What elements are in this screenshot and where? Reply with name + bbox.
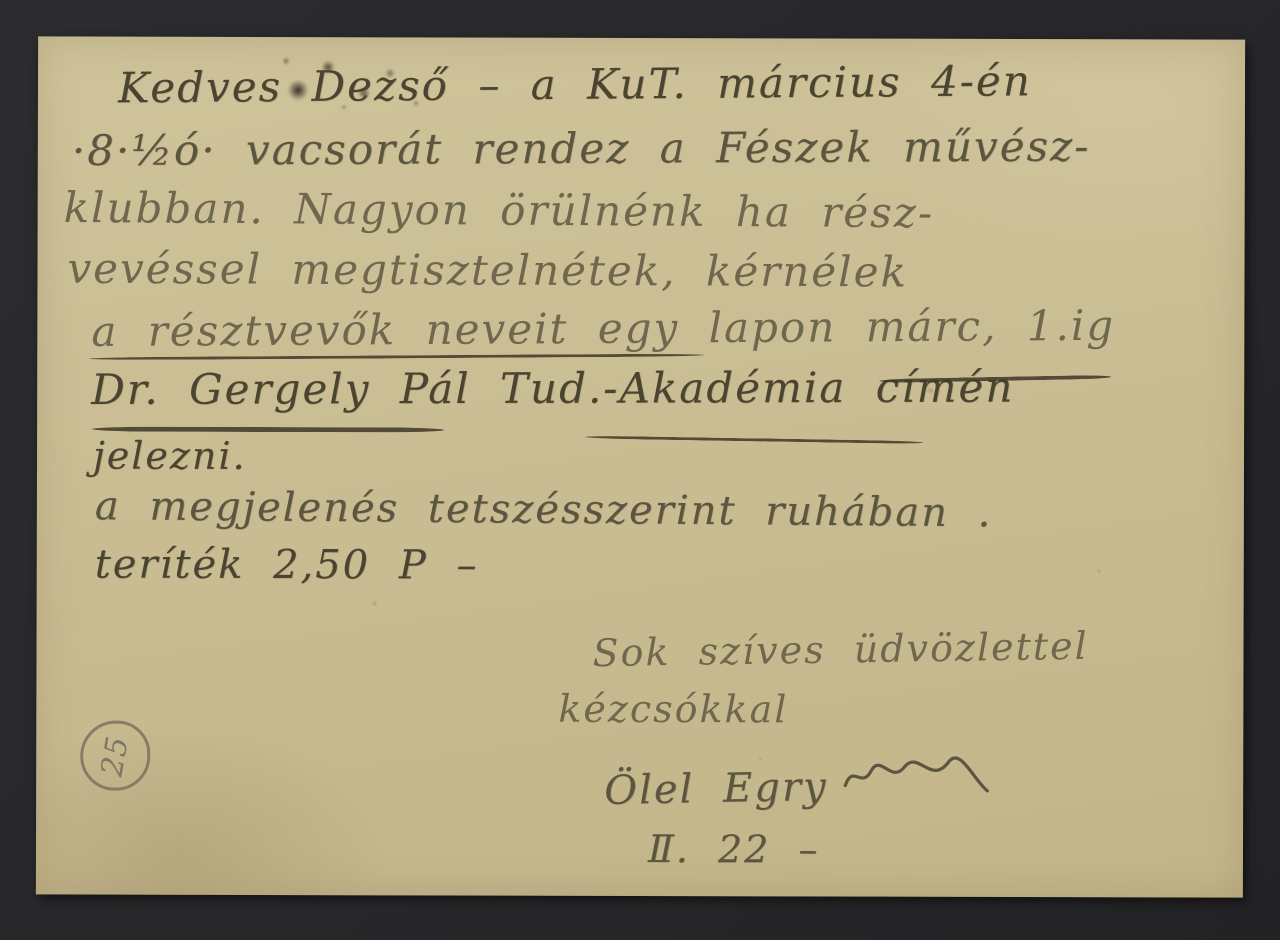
underline-dr-gergely-pal bbox=[92, 427, 444, 433]
letter-line-closing: Sok szíves üdvözlettel bbox=[592, 627, 1089, 672]
letter-line-8: a megjelenés tetszésszerint ruhában . bbox=[95, 486, 993, 533]
letter-line-7: jelezni. bbox=[93, 437, 247, 475]
signature-text: Ölel Egry bbox=[604, 764, 828, 814]
letter-line-signature: Ölel Egry bbox=[604, 753, 992, 811]
signature-flourish bbox=[841, 753, 992, 800]
letter-line-2: ·8·½ó· vacsorát rendez a Fészek művész- bbox=[72, 126, 1091, 172]
scan-background: Kedves Dezső – a KuT. március 4-én ·8·½ó… bbox=[0, 0, 1280, 940]
letter-line-date: Ⅱ. 22 – bbox=[648, 830, 820, 868]
page-number-text: 25 bbox=[94, 733, 136, 779]
letter-line-9: teríték 2,50 P – bbox=[95, 545, 479, 586]
circled-page-number: 25 bbox=[80, 721, 150, 791]
letter-line-5: a résztvevők neveit egy lapon márc, 1.ig bbox=[91, 305, 1115, 353]
letter-line-kezcsokkal: kézcsókkal bbox=[558, 690, 788, 729]
letter-line-6: Dr. Gergely Pál Tud.-Akadémia címén bbox=[91, 367, 1014, 411]
underline-tud-akademia bbox=[585, 435, 923, 444]
postcard: Kedves Dezső – a KuT. március 4-én ·8·½ó… bbox=[36, 36, 1245, 897]
letter-line-4: vevéssel megtisztelnétek, kérnélek bbox=[67, 248, 908, 294]
letter-line-3: klubban. Nagyon örülnénk ha rész- bbox=[64, 187, 935, 234]
letter-line-salutation: Kedves Dezső – a KuT. március 4-én bbox=[118, 60, 1032, 109]
